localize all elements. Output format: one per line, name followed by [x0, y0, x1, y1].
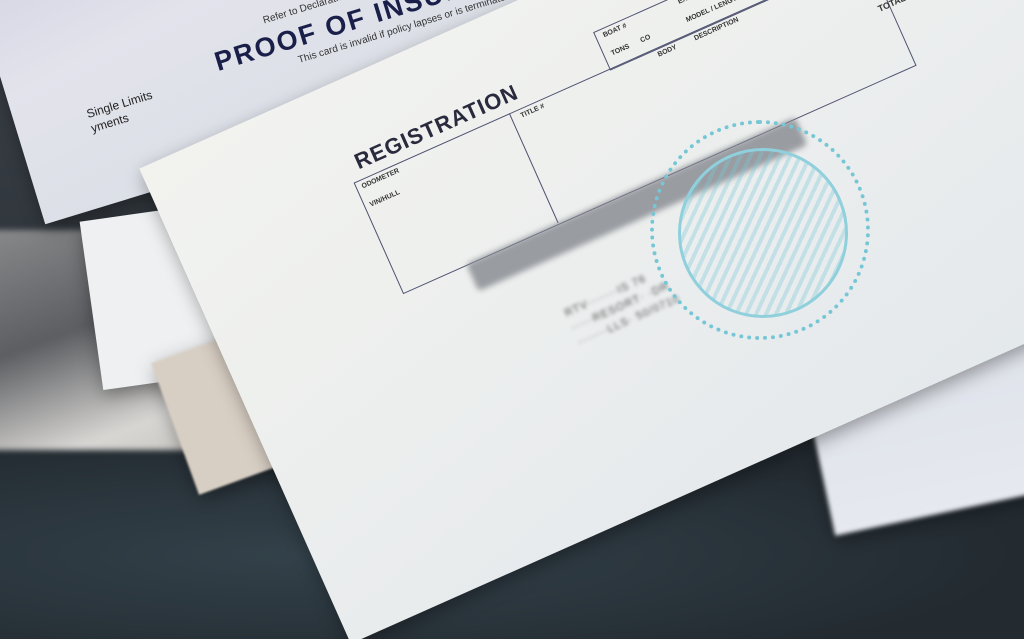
- photo-scene: Refer to Declarations Page for Details P…: [0, 0, 1024, 639]
- insurance-side-text: Single Limits yments: [85, 88, 159, 137]
- state-seal-stamp: [650, 120, 870, 340]
